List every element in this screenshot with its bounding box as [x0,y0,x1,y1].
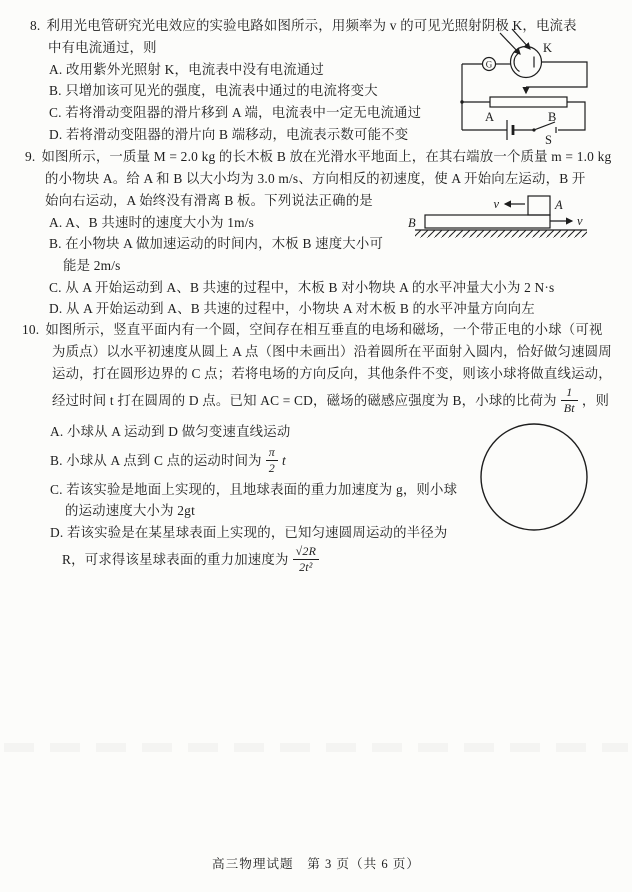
photoelectric-circuit-figure: G K A [448,28,632,158]
page-footer: 高三物理试题 第 3 页（共 6 页） [0,853,632,872]
q10-option-c-line-2: 的运动速度大小为 2gt [65,503,195,519]
q9-stem-line-1: 9.如图所示，一质量 M = 2.0 kg 的长木板 B 放在光滑水平地面上，在… [25,149,611,165]
q8-option-c: C. 若将滑动变阻器的滑片移到 A 端，电流表中一定无电流通过 [49,105,421,121]
q10-option-b: B. 小球从 A 点到 C 点的运动时间为 π2 t [50,446,286,476]
q10-option-d-pre: R，可求得该星球表面的重力加速度为 [62,552,289,568]
q10-stem-line-3: 运动，打在圆形边界的 C 点；若将电场的方向反向，其他条件不变，则该小球将做直线… [52,366,612,382]
q10-option-a: A. 小球从 A 运动到 D 做匀变速直线运动 [50,424,290,440]
circle-figure [478,420,596,538]
switch-label: S [545,133,552,147]
q10-stem-line-4: 经过时间 t 打在圆周的 D 点。已知 AC = CD，磁场的磁感应强度为 B，… [52,386,609,416]
charge-mass-ratio-fraction: 1Bt [561,386,578,416]
q10-stem-line-1: 10.如图所示，竖直平面内有一个圆，空间存在相互垂直的电场和磁场，一个带正电的小… [22,322,603,338]
q9-stem-line-2: 的小物块 A。给 A 和 B 以大小均为 3.0 m/s、方向相反的初速度，使 … [45,171,585,187]
board-b [425,215,550,228]
velocity-right-arrow: v [550,214,583,228]
q9-number: 9. [25,149,35,165]
block-a [528,196,550,215]
q8-option-a: A. 改用紫外光照射 K，电流表中没有电流通过 [49,62,324,78]
q9-option-a: A. A、B 共速时的速度大小为 1m/s [49,215,254,231]
field-region-circle [481,424,587,530]
q9-option-c: C. 从 A 开始运动到 A、B 共速的过程中，木板 B 对小物块 A 的水平冲… [49,280,554,296]
q10-number: 10. [22,322,39,338]
rheostat-icon: A B [460,97,585,130]
q9-option-b-line-2: 能是 2m/s [63,258,121,274]
battery-icon [462,120,534,140]
q8-stem-line-2: 中有电流通过，则 [48,40,157,56]
q10-option-b-post: t [282,453,286,469]
q10-option-c-line-1: C. 若该实验是地面上实现的，且地球表面的重力加速度为 g，则小球 [50,482,457,498]
cathode-electrode [514,53,519,72]
q10-option-b-pre: B. 小球从 A 点到 C 点的运动时间为 [50,453,262,469]
cathode-label: K [543,41,552,55]
switch-icon: S [532,122,556,147]
time-fraction: π2 [266,446,278,476]
q10-stem-text-1: 如图所示，竖直平面内有一个圆，空间存在相互垂直的电场和磁场，一个带正电的小球（可… [45,322,602,337]
q8-option-b: B. 只增加该可见光的强度，电流表中通过的电流将变大 [49,83,378,99]
svg-text:v: v [577,214,583,228]
q8-number: 8. [30,18,40,34]
phototube-icon: K [511,41,553,78]
exam-page: 8.利用光电管研究光电效应的实验电路如图所示，用频率为 v 的可见光照射阴极 K… [0,0,632,892]
q9-option-b-line-1: B. 在小物块 A 做加速运动的时间内，木板 B 速度大小可 [49,236,383,252]
q8-option-d: D. 若将滑动变阻器的滑片向 B 端移动，电流表示数可能不变 [49,127,408,143]
q10-stem-frac-post: ，则 [582,393,609,409]
gravity-fraction: √2R2t² [293,545,320,575]
svg-text:v: v [493,197,499,211]
q9-option-d: D. 从 A 开始运动到 A、B 共速的过程中，小物块 A 对木板 B 的水平冲… [49,301,535,317]
rheostat-a-label: A [485,110,494,124]
ground-hatching [415,230,587,238]
q9-stem-line-3: 始向右运动，A 始终没有滑离 B 板。下列说法正确的是 [45,193,373,209]
board-block-figure: B A v v [400,188,632,244]
scan-artifact-band [4,743,628,752]
q10-option-d-line-1: D. 若该实验是在某星球表面上实现的，已知匀速圆周运动的半径为 [50,525,448,541]
q10-stem-line-2: 为质点）以水平初速度从圆上 A 点（图中未画出）沿着圆所在平面射入圆内，恰好做匀… [52,344,612,360]
rheostat-b-label: B [548,110,556,124]
svg-text:G: G [486,59,493,69]
q10-stem-frac-pre: 经过时间 t 打在圆周的 D 点。已知 AC = CD，磁场的磁感应强度为 B，… [52,393,557,409]
q9-stem-text-1: 如图所示，一质量 M = 2.0 kg 的长木板 B 放在光滑水平地面上，在其右… [41,149,611,164]
block-label: A [554,198,563,212]
junction-dot [460,100,463,103]
q10-option-d-line-2: R，可求得该星球表面的重力加速度为 √2R2t² [62,545,323,575]
galvanometer-icon: G [462,58,511,71]
board-label: B [408,216,416,230]
velocity-left-arrow: v [493,197,525,211]
